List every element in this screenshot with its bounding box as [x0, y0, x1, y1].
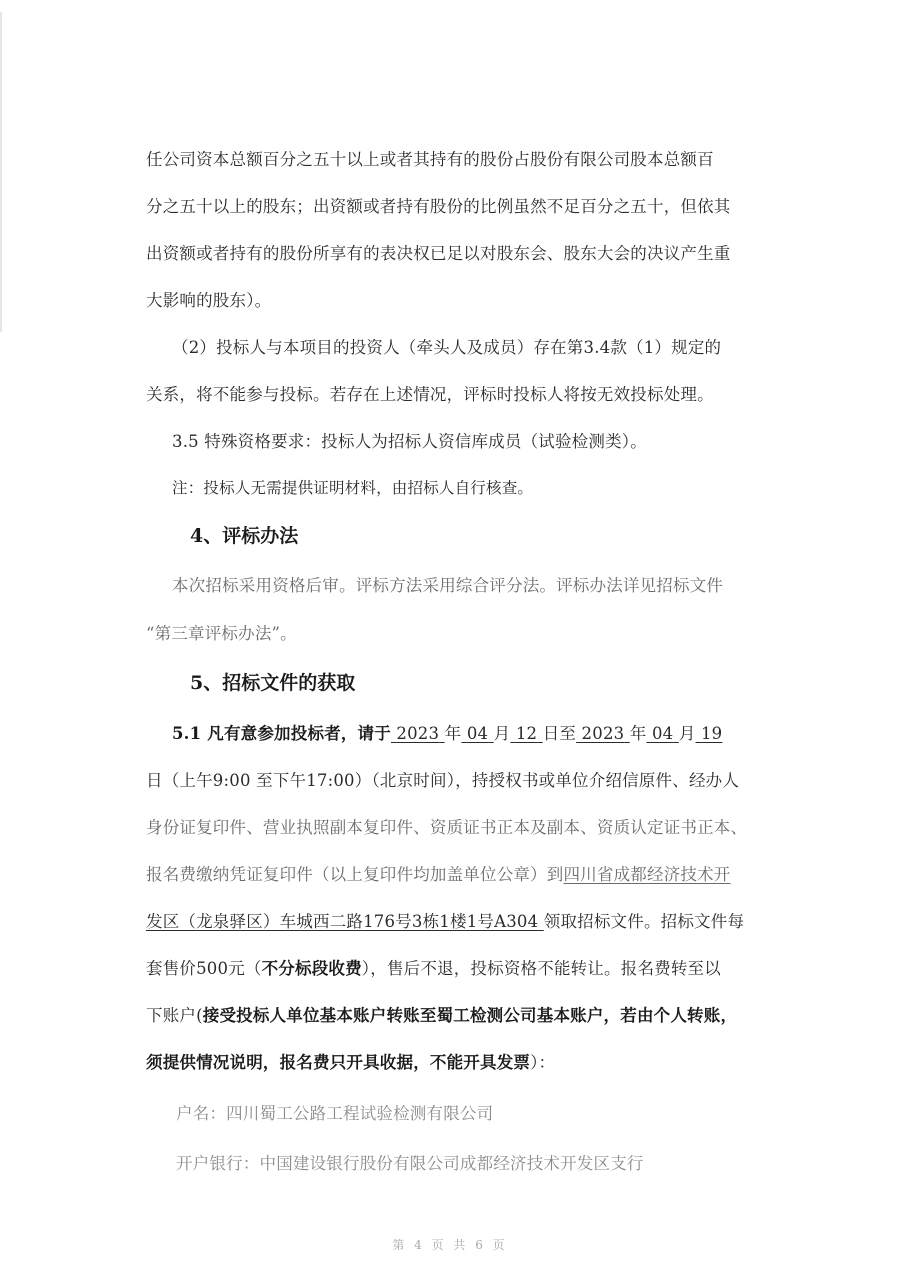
text-line: 身份证复印件、营业执照副本复印件、资质证书正本及副本、资质认定证书正本、 [146, 814, 747, 838]
text: 领取招标文件。招标文件每 [544, 912, 744, 931]
note: 注：投标人无需提供证明材料，由招标人自行核查。 [172, 476, 533, 498]
day-to-label: 日至 [543, 724, 576, 743]
address: 发区（龙泉驿区）车城西二路176号3栋1楼1号A304 [146, 912, 544, 931]
end-month: 04 [647, 724, 679, 743]
text-line: 套售价500元（不分标段收费），售后不退，投标资格不能转让。报名费转至以 [146, 955, 721, 979]
text: 套售价500元（ [146, 959, 262, 978]
text: ），售后不退，投标资格不能转让。报名费转至以 [362, 959, 721, 978]
text: 下账户( [146, 1006, 203, 1025]
section-4-heading: 4、评标办法 [190, 521, 298, 548]
month-label: 月 [679, 724, 696, 743]
text-line: 报名费缴纳凭证复印件（以上复印件均加盖单位公章）到四川省成都经济技术开 [146, 861, 731, 885]
end-day: 19 [696, 724, 723, 743]
start-year: 2023 [391, 724, 445, 743]
text-line: 本次招标采用资格后审。评标方法采用综合评分法。评标办法详见招标文件 [172, 572, 723, 596]
start-month: 04 [461, 724, 493, 743]
account-name: 户名：四川蜀工公路工程试验检测有限公司 [176, 1100, 493, 1124]
clause-3-5: 3.5 特殊资格要求：投标人为招标人资信库成员（试验检测类）。 [172, 428, 647, 452]
text-line: 出资额或者持有的股份所享有的表决权已足以对股东会、股东大会的决议产生重 [146, 240, 731, 264]
month-label: 月 [494, 724, 511, 743]
text-line: 关系，将不能参与投标。若存在上述情况，评标时投标人将按无效投标处理。 [146, 381, 714, 405]
address: 四川省成都经济技术开 [564, 865, 731, 884]
text-line: 发区（龙泉驿区）车城西二路176号3栋1楼1号A304 领取招标文件。招标文件每 [146, 908, 744, 932]
text-line: “第三章评标办法”。 [146, 620, 297, 644]
text-line: 任公司资本总额百分之五十以上或者其持有的股份占股份有限公司股本总额百 [146, 146, 714, 170]
year-label: 年 [445, 724, 462, 743]
page-footer: 第 4 页 共 6 页 [0, 1236, 900, 1253]
text-line: （2）投标人与本项目的投资人（牵头人及成员）存在第3.4款（1）规定的 [172, 334, 721, 358]
text: 报名费缴纳凭证复印件（以上复印件均加盖单位公章）到 [146, 865, 564, 884]
clause-prefix: 5.1 凡有意参加投标者，请于 [172, 724, 391, 743]
scan-edge [0, 12, 2, 332]
text-line: 分之五十以上的股东；出资额或者持有股份的比例虽然不足百分之五十，但依其 [146, 193, 731, 217]
year-label: 年 [630, 724, 647, 743]
text: ）： [530, 1053, 555, 1072]
start-day: 12 [510, 724, 542, 743]
bank-name: 开户银行：中国建设银行股份有限公司成都经济技术开发区支行 [176, 1150, 644, 1174]
bold-text: 须提供情况说明，报名费只开具收据，不能开具发票 [146, 1053, 530, 1072]
bold-text: 接受投标人单位基本账户转账至蜀工检测公司基本账户，若由个人转账， [203, 1006, 737, 1025]
text-line: 日（上午9:00 至下午17:00）（北京时间），持授权书或单位介绍信原件、经办… [146, 767, 739, 791]
text-line: 须提供情况说明，报名费只开具收据，不能开具发票）： [146, 1049, 555, 1073]
text-line: 大影响的股东）。 [146, 287, 271, 311]
clause-5-1-line1: 5.1 凡有意参加投标者，请于 2023 年 04 月 12 日至 2023 年… [172, 720, 722, 744]
text-line: 下账户(接受投标人单位基本账户转账至蜀工检测公司基本账户，若由个人转账， [146, 1002, 737, 1026]
end-year: 2023 [576, 724, 630, 743]
bold-text: 不分标段收费 [262, 959, 362, 978]
section-5-heading: 5、招标文件的获取 [190, 668, 355, 695]
